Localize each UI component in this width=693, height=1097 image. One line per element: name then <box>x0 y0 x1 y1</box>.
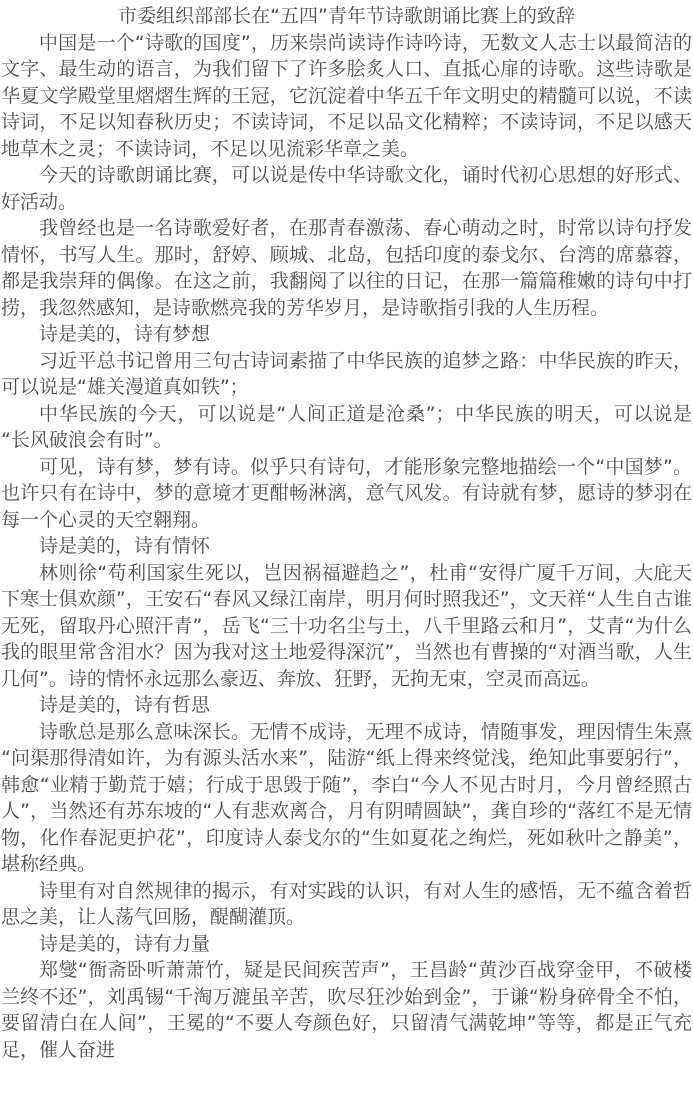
paragraph: 今天的诗歌朗诵比赛，可以说是传中华诗歌文化，诵时代初心思想的好形式、好活动。 <box>1 162 692 215</box>
section-heading: 诗是美的，诗有哲思 <box>1 692 692 719</box>
paragraph: 可见，诗有梦，梦有诗。似乎只有诗句，才能形象完整地描绘一个“中国梦”。也许只有在… <box>1 454 692 534</box>
document-body: 中国是一个“诗歌的国度”，历来崇尚读诗作诗吟诗，无数文人志士以最简洁的文字、最生… <box>1 30 692 1064</box>
paragraph: 我曾经也是一名诗歌爱好者，在那青春激荡、春心萌动之时，时常以诗句抒发情怀，书写人… <box>1 215 692 321</box>
document-page: 市委组织部部长在“五四”青年节诗歌朗诵比赛上的致辞 中国是一个“诗歌的国度”，历… <box>0 0 693 1097</box>
document-title: 市委组织部部长在“五四”青年节诗歌朗诵比赛上的致辞 <box>1 3 692 30</box>
paragraph: 中国是一个“诗歌的国度”，历来崇尚读诗作诗吟诗，无数文人志士以最简洁的文字、最生… <box>1 30 692 163</box>
section-heading: 诗是美的，诗有梦想 <box>1 321 692 348</box>
paragraph: 郑燮“衙斋卧听萧萧竹，疑是民间疾苦声”，王昌龄“黄沙百战穿金甲，不破楼兰终不还”… <box>1 957 692 1063</box>
section-heading: 诗是美的，诗有情怀 <box>1 533 692 560</box>
section-heading: 诗是美的，诗有力量 <box>1 931 692 958</box>
paragraph: 中华民族的今天，可以说是“人间正道是沧桑”；中华民族的明天，可以说是“长风破浪会… <box>1 401 692 454</box>
paragraph: 诗歌总是那么意味深长。无情不成诗，无理不成诗，情随事发，理因情生朱熹“问渠那得清… <box>1 719 692 878</box>
paragraph: 诗里有对自然规律的揭示，有对实践的认识，有对人生的感悟，无不蕴含着哲思之美，让人… <box>1 878 692 931</box>
paragraph: 林则徐“苟利国家生死以，岂因祸福避趋之”，杜甫“安得广厦千万间，大庇天下寒士俱欢… <box>1 560 692 693</box>
paragraph: 习近平总书记曾用三句古诗词素描了中华民族的追梦之路：中华民族的昨天，可以说是“雄… <box>1 348 692 401</box>
